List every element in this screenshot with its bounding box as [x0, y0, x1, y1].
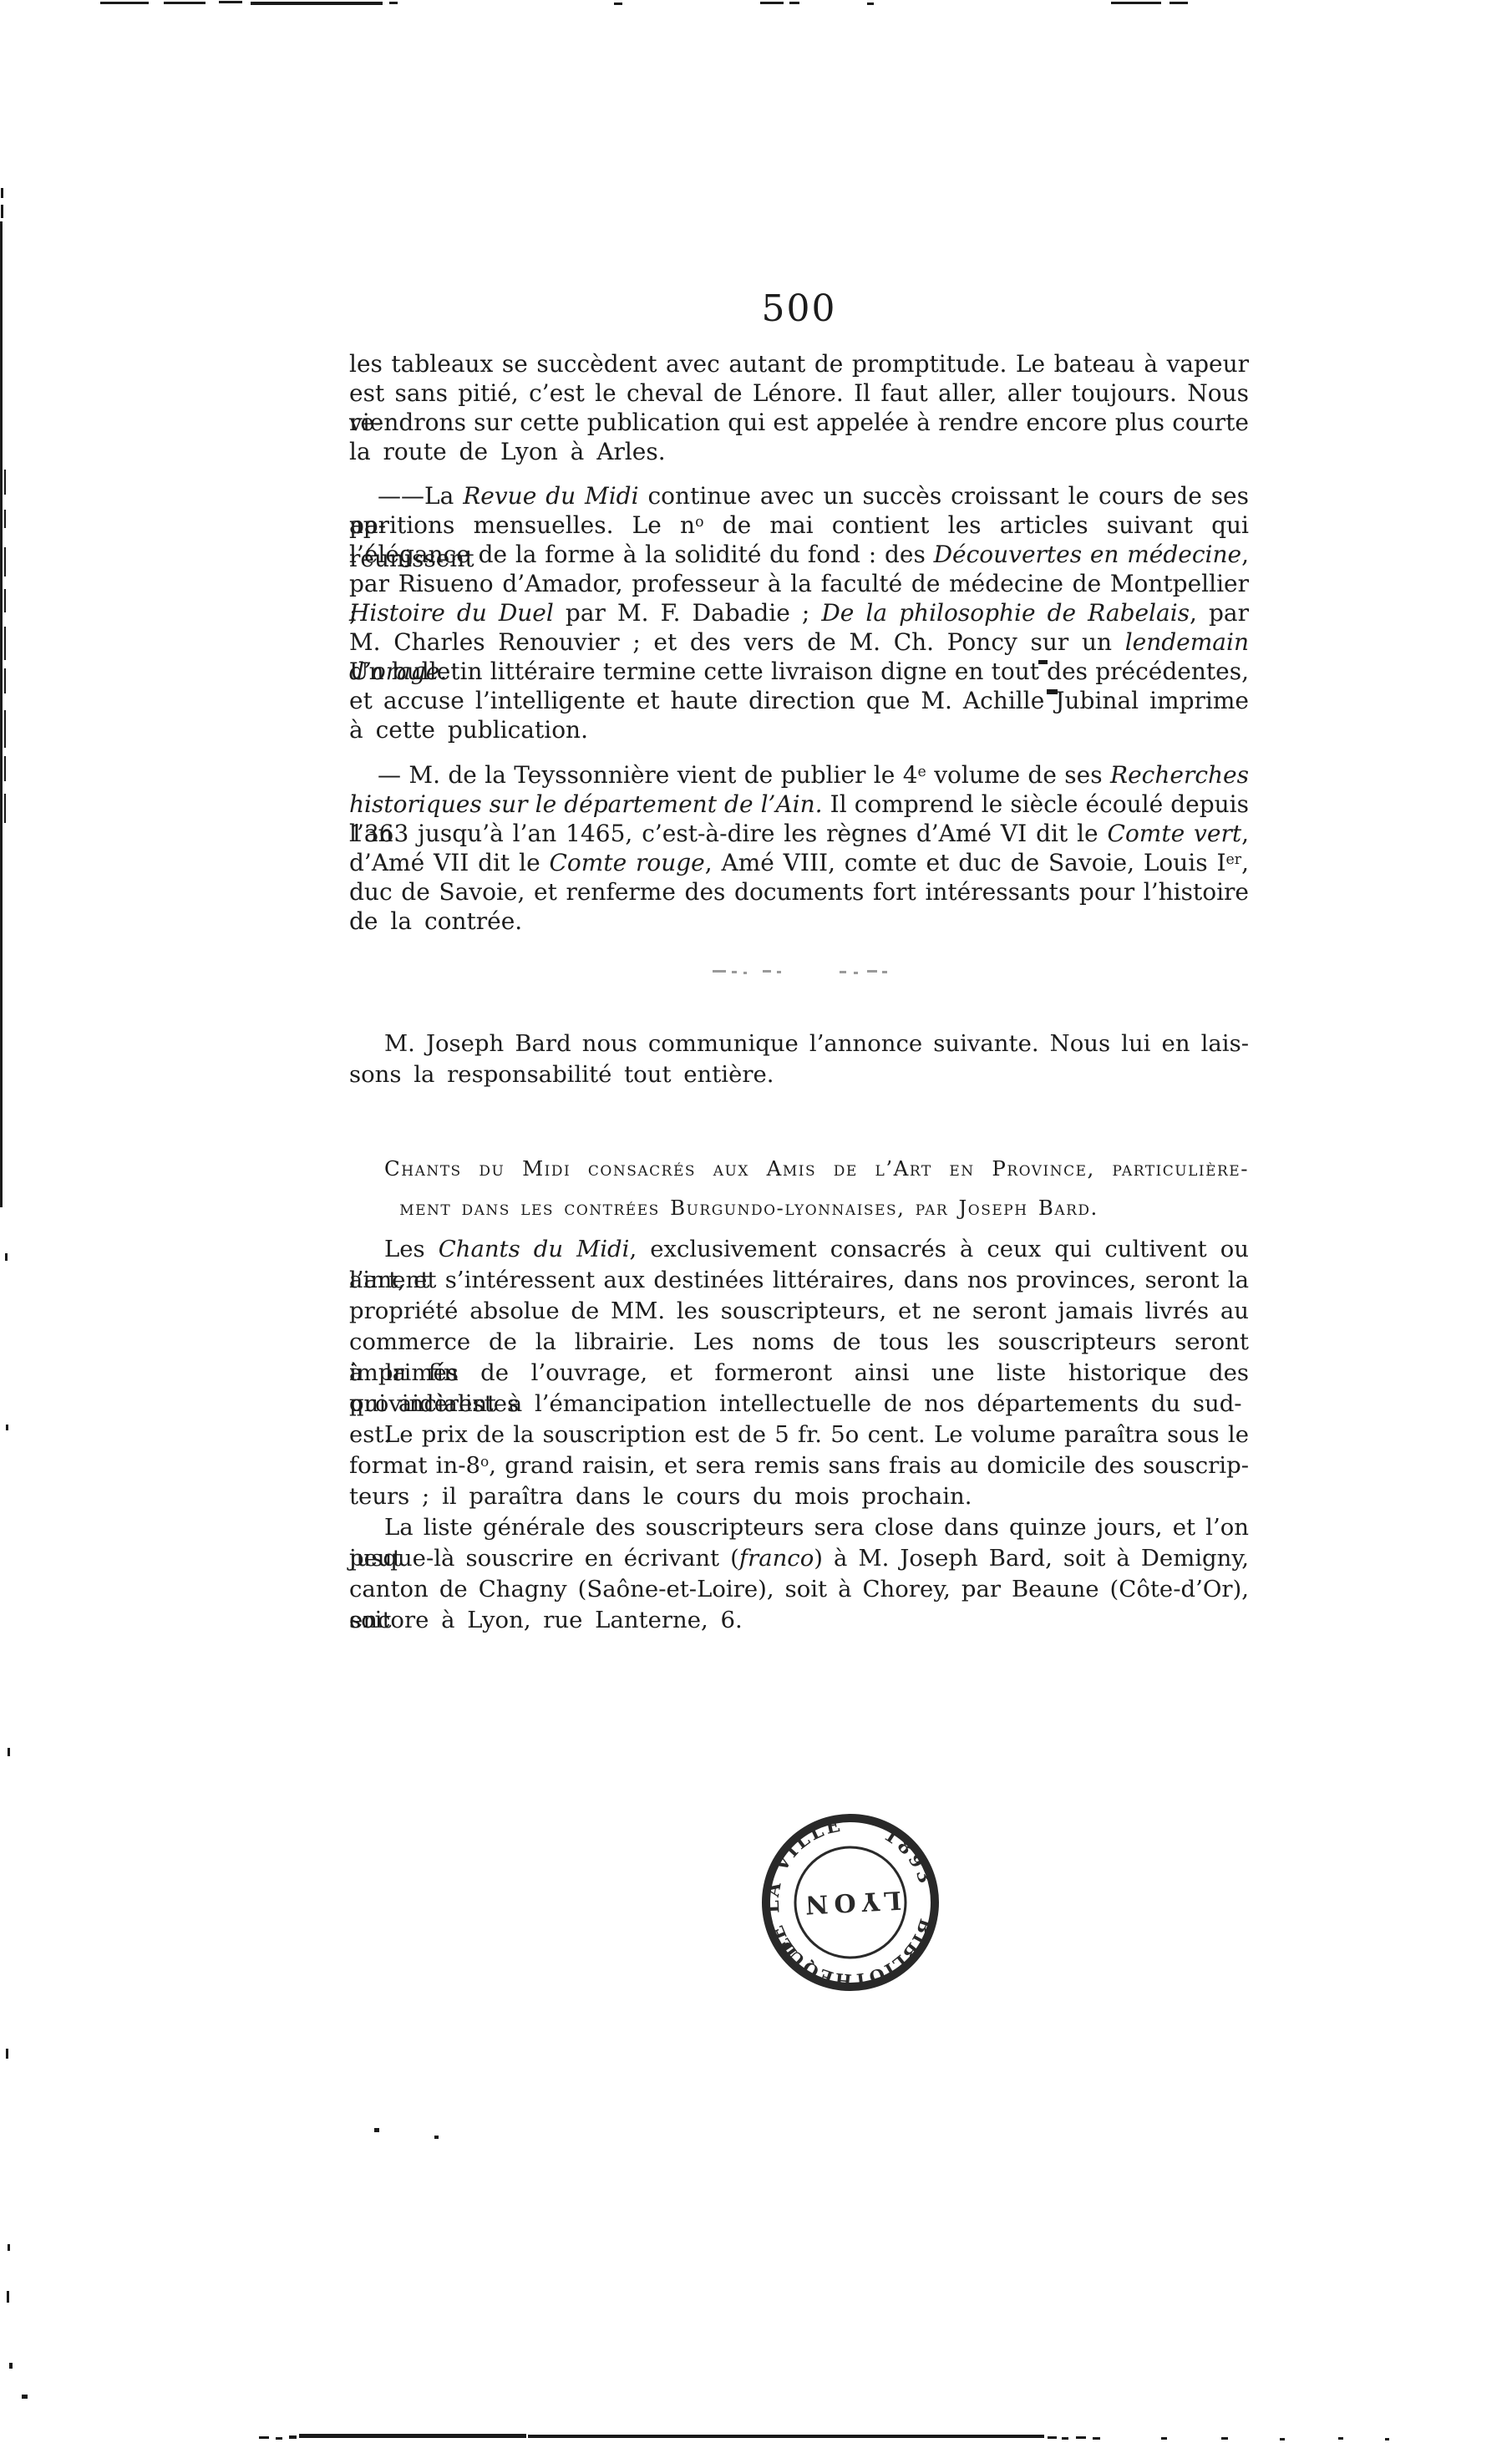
- text-line: à la fin de l’ouvrage, et formeront ains…: [349, 1358, 1249, 1389]
- library-stamp: BIBLIOTHEQUE DE LA VILLE 1893 LYON: [754, 1806, 946, 1999]
- scan-artifact: [4, 470, 6, 495]
- text-segment: propriété absolue de MM. les souscripteu…: [349, 1298, 1249, 1324]
- scan-artifact: [0, 221, 3, 1207]
- text-line: est sans pitié, c’est le cheval de Lénor…: [349, 378, 1249, 408]
- scan-artifact: [434, 2136, 439, 2139]
- text-line: qui aidèrent à l’émancipation intellectu…: [349, 1389, 1249, 1420]
- text-segment: 1363 jusqu’à l’an 1465, c’est-à-dire les…: [349, 820, 1108, 847]
- text-line: l’élégance de la forme à la solidité du …: [349, 540, 1249, 569]
- text-segment: Chants du Midi consacrés aux Amis de l’A…: [384, 1156, 1249, 1181]
- italic-text: historiques sur le département de l’Ain.: [349, 790, 823, 818]
- scan-artifact: [1221, 2437, 1228, 2440]
- scan-artifact: [1, 205, 3, 218]
- scan-artifact: [1062, 2437, 1068, 2440]
- text-segment: Le prix de la souscription est de 5 fr. …: [384, 1421, 1249, 1448]
- paragraph: Chants du Midi consacrés aux Amis de l’A…: [349, 1149, 1249, 1227]
- text-segment: ment dans les contrées Burgundo-lyonnais…: [399, 1196, 1098, 1220]
- text-line: Les Chants du Midi, exclusivement consac…: [349, 1234, 1249, 1265]
- italic-text: Histoire du Duel: [349, 599, 554, 627]
- text-segment: , Amé VIII, comte et duc de Savoie, Loui…: [705, 849, 1226, 876]
- superscript-text: o: [480, 1454, 489, 1470]
- superscript-text: e: [918, 764, 926, 780]
- text-segment: ——La: [378, 482, 463, 510]
- svg-text:BIBLIOTHEQUE: BIBLIOTHEQUE: [771, 1908, 946, 1999]
- text-line: Histoire du Duel par M. F. Dabadie ; De …: [349, 598, 1249, 627]
- text-line: paritions mensuelles. Le no de mai conti…: [349, 510, 1249, 540]
- text-line: viendrons sur cette publication qui est …: [349, 408, 1249, 437]
- text-line: teurs ; il paraîtra dans le cours du moi…: [349, 1481, 1249, 1512]
- text-segment: — M. de la Teyssonnière vient de publier…: [378, 761, 918, 789]
- scan-artifact: [1047, 689, 1058, 694]
- text-line: et accuse l’intelligente et haute direct…: [349, 686, 1249, 715]
- superscript-text: er: [1226, 851, 1242, 868]
- italic-text: Comte rouge: [550, 849, 705, 876]
- scan-artifact: [1048, 2436, 1057, 2439]
- scan-artifact: [1385, 2438, 1389, 2440]
- scan-artifact: [22, 2395, 28, 2399]
- scan-artifact: [867, 3, 874, 5]
- text-segment: Les: [384, 1236, 439, 1262]
- scan-artifact: [1038, 660, 1048, 664]
- text-line: l’art, et s’intéressent aux destinées li…: [349, 1265, 1249, 1296]
- scan-artifact: [4, 589, 6, 612]
- scan-artifact: [5, 1253, 8, 1261]
- text-line: Chants du Midi consacrés aux Amis de l’A…: [349, 1149, 1249, 1188]
- scan-artifact: [7, 2291, 9, 2303]
- paragraph: Les Chants du Midi, exclusivement consac…: [349, 1234, 1249, 1420]
- text-segment: duc de Savoie, et renferme des documents…: [349, 878, 1249, 906]
- text-segment: et accuse l’intelligente et haute direct…: [349, 687, 1249, 714]
- text-line: M. Charles Renouvier ; et des vers de M.…: [349, 627, 1249, 657]
- text-segment: , par: [1190, 599, 1249, 627]
- superscript-text: o: [695, 514, 703, 531]
- scan-artifact: [6, 2049, 8, 2059]
- text-segment: ,: [1241, 849, 1249, 876]
- text-segment: les tableaux se succèdent avec autant de…: [349, 350, 1249, 378]
- text-line: jusque-là souscrire en écrivant (franco)…: [349, 1543, 1249, 1574]
- text-segment: encore à Lyon, rue Lanterne, 6.: [349, 1607, 743, 1633]
- text-segment: l’art, et s’intéressent aux destinées li…: [349, 1267, 1249, 1293]
- scan-artifact: [8, 1748, 10, 1756]
- text-segment: la route de Lyon à Arles.: [349, 438, 666, 465]
- text-line: propriété absolue de MM. les souscripteu…: [349, 1296, 1249, 1327]
- text-line: Le prix de la souscription est de 5 fr. …: [349, 1420, 1249, 1450]
- section-separator-dash: [743, 972, 747, 974]
- text-line: ment dans les contrées Burgundo-lyonnais…: [349, 1188, 1249, 1227]
- italic-text: franco: [739, 1545, 814, 1572]
- section-separator-dash: [777, 971, 781, 973]
- text-line: sons la responsabilité tout entière.: [349, 1059, 1249, 1090]
- section-separator-dash: [867, 970, 877, 973]
- text-line: — M. de la Teyssonnière vient de publier…: [349, 760, 1249, 790]
- section-separator-dash: [840, 971, 846, 973]
- italic-text: Revue du Midi: [463, 482, 638, 510]
- scan-artifact: [8, 2244, 10, 2251]
- italic-text: Chants du Midi: [439, 1236, 630, 1262]
- scan-artifact: [1170, 2, 1188, 4]
- text-line: canton de Chagny (Saône-et-Loire), soit …: [349, 1574, 1249, 1605]
- text-segment: volume de ses: [926, 761, 1110, 789]
- paragraph: Le prix de la souscription est de 5 fr. …: [349, 1420, 1249, 1512]
- text-line: commerce de la librairie. Les noms de to…: [349, 1327, 1249, 1358]
- text-line: duc de Savoie, et renferme des documents…: [349, 877, 1249, 907]
- text-line: M. Joseph Bard nous communique l’annonce…: [349, 1028, 1249, 1059]
- scan-artifact: [1076, 2436, 1086, 2439]
- text-line: format in-8o, grand raisin, et sera remi…: [349, 1450, 1249, 1481]
- text-segment: , grand raisin, et sera remis sans frais…: [489, 1452, 1249, 1479]
- text-segment: l’élégance de la forme à la solidité du …: [349, 541, 934, 568]
- text-line: historiques sur le département de l’Ain.…: [349, 790, 1249, 819]
- scan-artifact: [374, 2128, 379, 2132]
- text-segment: Un bulletin littéraire termine cette liv…: [349, 658, 1249, 685]
- stamp-city-lyon: LYON: [799, 1885, 902, 1919]
- paragraph: — M. de la Teyssonnière vient de publier…: [349, 760, 1249, 936]
- scan-artifact: [219, 1, 242, 3]
- text-segment: format in-8: [349, 1452, 480, 1479]
- text-segment: ,: [1241, 820, 1249, 847]
- italic-text: Comte vert: [1108, 820, 1242, 847]
- scan-artifact: [4, 547, 6, 576]
- stamp-word-bibliotheque: BIBLIOTHEQUE: [771, 1908, 946, 1999]
- scan-artifact: [9, 2363, 13, 2369]
- text-line: de la contrée.: [349, 907, 1249, 936]
- text-segment: ) à M. Joseph Bard, soit à Demigny,: [814, 1545, 1249, 1572]
- text-line: encore à Lyon, rue Lanterne, 6.: [349, 1605, 1249, 1636]
- scan-artifact: [1093, 2437, 1100, 2440]
- scan-artifact: [251, 2, 383, 5]
- section-separator-dash: [763, 970, 771, 973]
- scan-artifact: [259, 2436, 269, 2439]
- scan-artifact: [4, 627, 6, 660]
- scan-artifact: [289, 2435, 297, 2439]
- text-segment: sons la responsabilité tout entière.: [349, 1061, 774, 1088]
- scan-artifact: [4, 710, 6, 748]
- section-separator-dash: [854, 972, 858, 974]
- scan-artifact: [164, 2, 205, 4]
- scan-artifact: [1111, 2, 1161, 4]
- italic-text: Découvertes en médecine: [934, 541, 1242, 568]
- text-line: ——La Revue du Midi continue avec un succ…: [349, 481, 1249, 510]
- section-separator-dash: [732, 971, 737, 973]
- text-segment: ,: [1241, 541, 1249, 568]
- scan-artifact: [614, 3, 622, 5]
- scan-artifact: [789, 2, 799, 4]
- scan-artifact: [528, 2435, 1044, 2438]
- text-segment: viendrons sur cette publication qui est …: [349, 409, 1249, 436]
- scan-artifact: [100, 2, 149, 4]
- text-line: les tableaux se succèdent avec autant de…: [349, 349, 1249, 378]
- scan-artifact: [1161, 2437, 1167, 2440]
- text-line: 1363 jusqu’à l’an 1465, c’est-à-dire les…: [349, 819, 1249, 848]
- scan-artifact: [1338, 2437, 1343, 2440]
- text-line: La liste générale des souscripteurs sera…: [349, 1512, 1249, 1543]
- paragraph: La liste générale des souscripteurs sera…: [349, 1512, 1249, 1636]
- italic-text: Recherches: [1110, 761, 1249, 789]
- scan-artifact: [4, 794, 6, 823]
- text-segment: M. Charles Renouvier ; et des vers de M.…: [349, 628, 1125, 656]
- scanned-book-page: { "page": { "number": "500", "background…: [0, 0, 1512, 2443]
- scan-artifact: [299, 2434, 526, 2438]
- text-line: d’Amé VII dit le Comte rouge, Amé VIII, …: [349, 848, 1249, 877]
- italic-text: De la philosophie de Rabelais: [821, 599, 1190, 627]
- text-segment: teurs ; il paraîtra dans le cours du moi…: [349, 1483, 972, 1510]
- scan-artifact: [389, 2, 398, 4]
- section-separator-dash: [882, 971, 887, 973]
- text-segment: par M. F. Dabadie ;: [554, 599, 822, 627]
- text-segment: d’Amé VII dit le: [349, 849, 550, 876]
- text-segment: de la contrée.: [349, 907, 522, 935]
- text-segment: jusque-là souscrire en écrivant (: [349, 1545, 739, 1572]
- scan-artifact: [760, 2, 784, 4]
- text-block: les tableaux se succèdent avec autant de…: [349, 349, 1249, 1636]
- page-number: 500: [349, 287, 1249, 330]
- text-line: à cette publication.: [349, 715, 1249, 744]
- text-line: par Risueno d’Amador, professeur à la fa…: [349, 569, 1249, 598]
- scan-artifact: [1280, 2438, 1285, 2440]
- scan-artifact: [4, 756, 6, 781]
- text-line: la route de Lyon à Arles.: [349, 437, 1249, 466]
- text-segment: à cette publication.: [349, 716, 588, 744]
- scan-artifact: [6, 1425, 8, 1430]
- text-segment: paritions mensuelles. Le n: [349, 511, 695, 539]
- paragraph: ——La Revue du Midi continue avec un succ…: [349, 481, 1249, 744]
- scan-artifact: [276, 2437, 282, 2440]
- paragraph: les tableaux se succèdent avec autant de…: [349, 349, 1249, 466]
- section-separator-dash: [713, 970, 726, 973]
- scan-artifact: [4, 510, 6, 528]
- text-segment: M. Joseph Bard nous communique l’annonce…: [384, 1030, 1249, 1057]
- text-line: Un bulletin littéraire termine cette liv…: [349, 657, 1249, 686]
- paragraph: M. Joseph Bard nous communique l’annonce…: [349, 1028, 1249, 1090]
- scan-artifact: [4, 668, 6, 693]
- scan-artifact: [1, 188, 3, 198]
